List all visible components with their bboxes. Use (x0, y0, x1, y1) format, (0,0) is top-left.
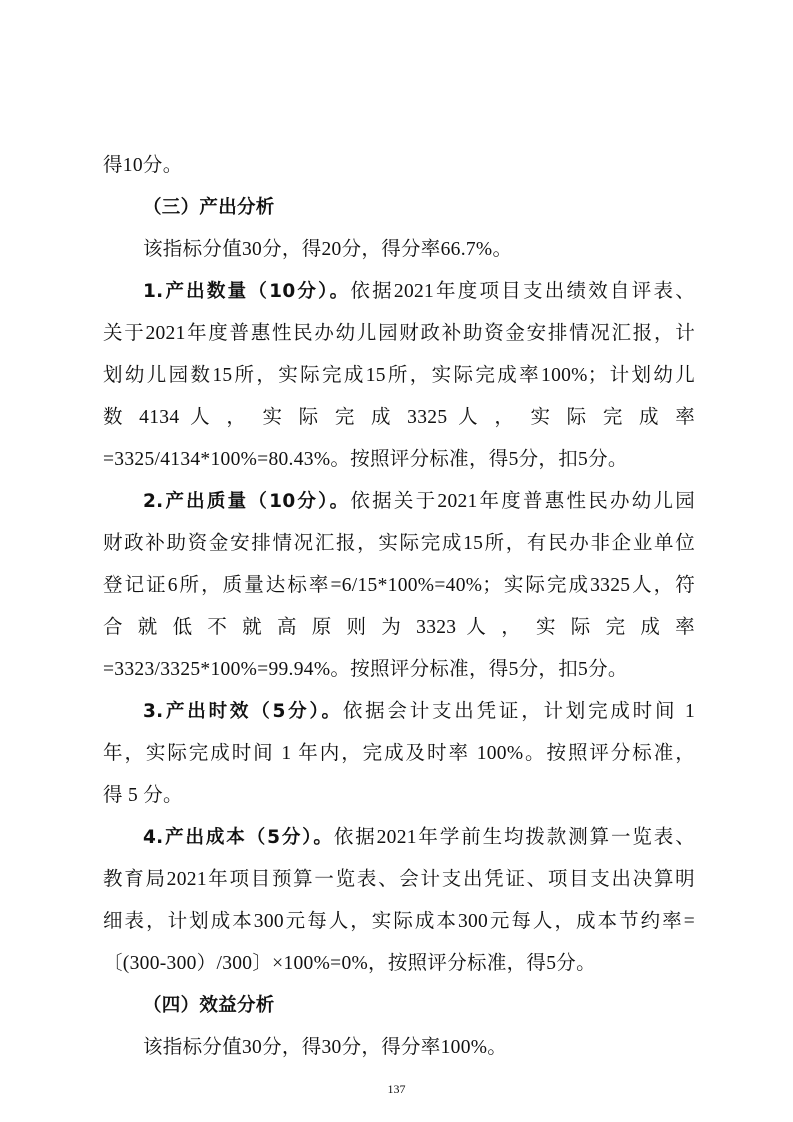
page-number: 137 (0, 1082, 793, 1096)
text-line: =3325/4134*100%=80.43%。按照评分标准，得5分，扣5分。 (103, 446, 695, 474)
section-heading-output-analysis: （三）产出分析 (143, 194, 695, 222)
item-title: 3.产出时效（5分）。 (143, 701, 343, 722)
line-text: 年，实际完成时间 1 年内，完成及时率 100%。按照评分标准， (103, 743, 695, 764)
line-text: 依据2021年度项目支出绩效自评表、 (350, 281, 695, 302)
line-text: 细表，计划成本300元每人，实际成本300元每人，成本节约率= (103, 911, 695, 932)
text-line: 细表，计划成本300元每人，实际成本300元每人，成本节约率= (103, 908, 695, 936)
section-heading-benefit-analysis: （四）效益分析 (143, 992, 695, 1020)
line-text: 财政补助资金安排情况汇报，实际完成15所，有民办非企业单位 (103, 533, 695, 554)
line-text: 登记证6所，质量达标率=6/15*100%=40%；实际完成3325人，符 (103, 575, 695, 596)
line-text: 依据2021年学前生均拨款测算一览表、 (334, 827, 695, 848)
line-text: 该指标分值30分，得30分，得分率100%。 (143, 1037, 507, 1058)
item-title: 2.产出质量（10分）。 (143, 491, 350, 512)
text-line: 得 5 分。 (103, 782, 695, 810)
line-text: 合 就 低 不 就 高 原 则 为 3323 人 ， 实 际 完 成 率 (103, 617, 695, 638)
text-line: =3323/3325*100%=99.94%。按照评分标准，得5分，扣5分。 (103, 656, 695, 684)
paragraph-output-timeliness: 3.产出时效（5分）。依据会计支出凭证，计划完成时间 1 (143, 698, 695, 726)
text-line: 关于2021年度普惠性民办幼儿园财政补助资金安排情况汇报，计 (103, 320, 695, 348)
line-text: 依据关于2021年度普惠性民办幼儿园 (350, 491, 695, 512)
line-text: =3323/3325*100%=99.94%。按照评分标准，得5分，扣5分。 (103, 659, 628, 680)
line-text: 数 4134 人 ， 实 际 完 成 3325 人 ， 实 际 完 成 率 (103, 407, 695, 428)
document-page: 得10分。 （三）产出分析 该指标分值30分，得20分，得分率66.7%。 1.… (0, 0, 793, 1122)
line-text: 教育局2021年项目预算一览表、会计支出凭证、项目支出决算明 (103, 869, 695, 890)
line-text: 划幼儿园数15所，实际完成15所，实际完成率100%；计划幼儿 (103, 365, 695, 386)
paragraph-output-quality: 2.产出质量（10分）。依据关于2021年度普惠性民办幼儿园 (143, 488, 695, 516)
line-text: 〔(300-300）/300〕×100%=0%，按照评分标准，得5分。 (103, 953, 596, 974)
benefit-score-summary: 该指标分值30分，得30分，得分率100%。 (143, 1034, 695, 1062)
text-line: 合 就 低 不 就 高 原 则 为 3323 人 ， 实 际 完 成 率 (103, 614, 695, 642)
text-line: 划幼儿园数15所，实际完成15所，实际完成率100%；计划幼儿 (103, 362, 695, 390)
line-text: 得 5 分。 (103, 785, 183, 806)
paragraph-output-cost: 4.产出成本（5分）。依据2021年学前生均拨款测算一览表、 (143, 824, 695, 852)
text-line: 年，实际完成时间 1 年内，完成及时率 100%。按照评分标准， (103, 740, 695, 768)
line-text: =3325/4134*100%=80.43%。按照评分标准，得5分，扣5分。 (103, 449, 628, 470)
text-line: 数 4134 人 ， 实 际 完 成 3325 人 ， 实 际 完 成 率 (103, 404, 695, 432)
item-title: 4.产出成本（5分）。 (143, 827, 334, 848)
text-line: 教育局2021年项目预算一览表、会计支出凭证、项目支出决算明 (103, 866, 695, 894)
output-score-summary: 该指标分值30分，得20分，得分率66.7%。 (143, 236, 695, 264)
text-line: 〔(300-300）/300〕×100%=0%，按照评分标准，得5分。 (103, 950, 695, 978)
text-line: 得10分。 (103, 152, 695, 180)
line-text: 关于2021年度普惠性民办幼儿园财政补助资金安排情况汇报，计 (103, 323, 695, 344)
line-text: 得10分。 (103, 155, 183, 176)
heading-text: （三）产出分析 (143, 197, 275, 218)
item-title: 1.产出数量（10分）。 (143, 281, 350, 302)
text-line: 登记证6所，质量达标率=6/15*100%=40%；实际完成3325人，符 (103, 572, 695, 600)
line-text: 依据会计支出凭证，计划完成时间 1 (343, 701, 695, 722)
text-line: 财政补助资金安排情况汇报，实际完成15所，有民办非企业单位 (103, 530, 695, 558)
line-text: 该指标分值30分，得20分，得分率66.7%。 (143, 239, 512, 260)
paragraph-output-quantity: 1.产出数量（10分）。依据2021年度项目支出绩效自评表、 (143, 278, 695, 306)
heading-text: （四）效益分析 (143, 995, 275, 1016)
